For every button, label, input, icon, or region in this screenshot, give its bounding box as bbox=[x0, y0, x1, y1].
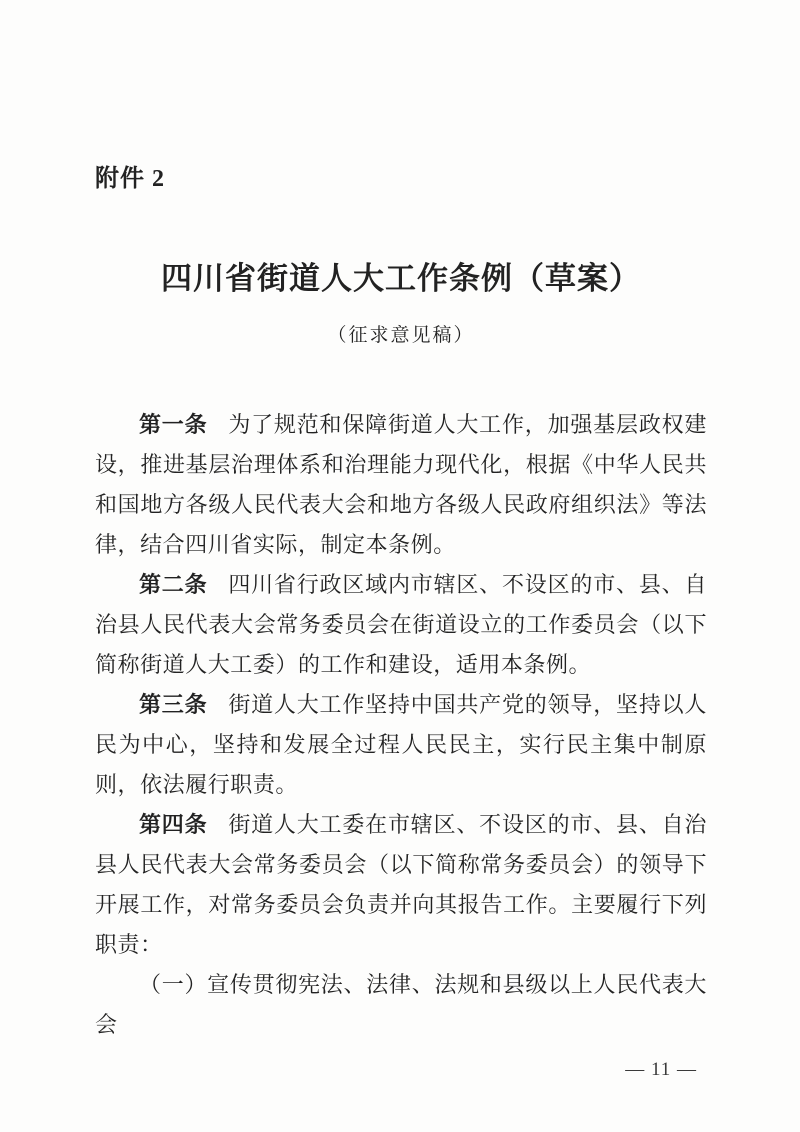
page-number: — 11 — bbox=[95, 1059, 707, 1081]
article-paragraph: 第二条四川省行政区域内市辖区、不设区的市、县、自治县人民代表大会常务委员会在街道… bbox=[95, 565, 707, 685]
article-number: 第一条 bbox=[139, 412, 207, 437]
document-page: 附件 2 四川省街道人大工作条例（草案） （征求意见稿） 第一条为了规范和保障街… bbox=[0, 0, 800, 1132]
document-subtitle: （征求意见稿） bbox=[95, 320, 707, 347]
article-paragraph: 第一条为了规范和保障街道人大工作，加强基层政权建设，推进基层治理体系和治理能力现… bbox=[95, 405, 707, 565]
article-paragraph: （一）宣传贯彻宪法、法律、法规和县级以上人民代表大会 bbox=[95, 965, 707, 1045]
article-number: 第二条 bbox=[139, 572, 207, 597]
article-number: 第三条 bbox=[139, 692, 207, 717]
attachment-label: 附件 2 bbox=[95, 158, 707, 193]
article-paragraph: 第四条街道人大工委在市辖区、不设区的市、县、自治县人民代表大会常务委员会（以下简… bbox=[95, 805, 707, 965]
article-paragraph: 第三条街道人大工作坚持中国共产党的领导，坚持以人民为中心，坚持和发展全过程人民民… bbox=[95, 685, 707, 805]
article-number: 第四条 bbox=[139, 812, 207, 837]
article-text: （一）宣传贯彻宪法、法律、法规和县级以上人民代表大会 bbox=[95, 972, 707, 1037]
document-body: 第一条为了规范和保障街道人大工作，加强基层政权建设，推进基层治理体系和治理能力现… bbox=[95, 405, 707, 1045]
document-title: 四川省街道人大工作条例（草案） bbox=[95, 253, 707, 298]
